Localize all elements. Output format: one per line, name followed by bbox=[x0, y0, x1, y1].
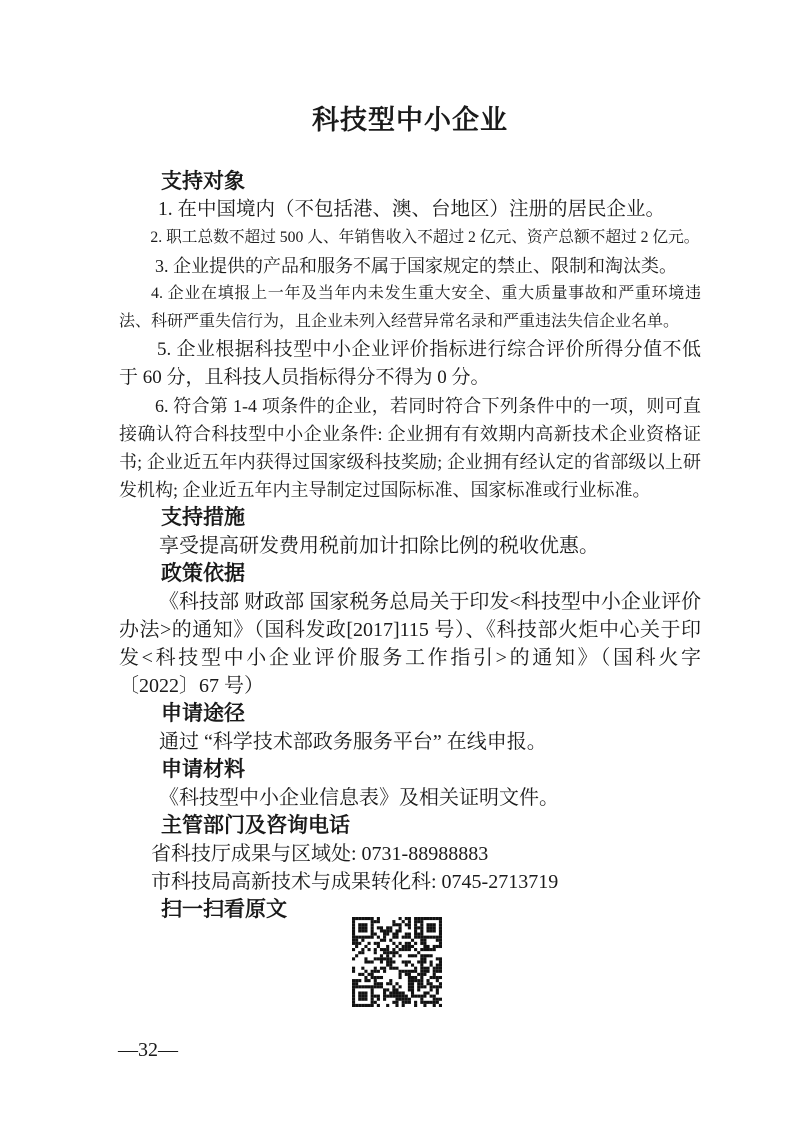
section-heading-support-targets: 支持对象 bbox=[119, 168, 701, 196]
paragraph-application-channel: 通过 “科学技术部政务服务平台” 在线申报。 bbox=[119, 728, 701, 756]
paragraph-item-1: 1. 在中国境内（不包括港、澳、台地区）注册的居民企业。 bbox=[119, 196, 701, 224]
section-heading-application-channel: 申请途径 bbox=[119, 700, 701, 728]
paragraph-item-3: 3. 企业提供的产品和服务不属于国家规定的禁止、限制和淘汰类。 bbox=[119, 252, 701, 280]
paragraph-contact-municipal: 市科技局高新技术与成果转化科: 0745-2713719 bbox=[119, 868, 701, 896]
paragraph-item-6: 6. 符合第 1-4 项条件的企业，若同时符合下列条件中的一项，则可直接确认符合… bbox=[119, 392, 701, 504]
document-content: 科技型中小企业 支持对象 1. 在中国境内（不包括港、澳、台地区）注册的居民企业… bbox=[119, 100, 701, 924]
paragraph-support-measures: 享受提高研发费用税前加计扣除比例的税收优惠。 bbox=[119, 532, 701, 560]
qr-code-graphic bbox=[352, 917, 442, 1007]
section-heading-policy-basis: 政策依据 bbox=[119, 560, 701, 588]
section-heading-application-materials: 申请材料 bbox=[119, 756, 701, 784]
section-heading-contact: 主管部门及咨询电话 bbox=[119, 812, 701, 840]
section-heading-support-measures: 支持措施 bbox=[119, 504, 701, 532]
paragraph-item-4: 4. 企业在填报上一年及当年内未发生重大安全、重大质量事故和严重环境违法、科研严… bbox=[119, 280, 701, 336]
paragraph-application-materials: 《科技型中小企业信息表》及相关证明文件。 bbox=[119, 784, 701, 812]
page-number: —32— bbox=[118, 1038, 178, 1062]
paragraph-item-5: 5. 企业根据科技型中小企业评价指标进行综合评价所得分值不低于 60 分，且科技… bbox=[119, 336, 701, 392]
document-page: 科技型中小企业 支持对象 1. 在中国境内（不包括港、澳、台地区）注册的居民企业… bbox=[0, 0, 793, 1122]
paragraph-policy-basis: 《科技部 财政部 国家税务总局关于印发<科技型中小企业评价办法>的通知》（国科发… bbox=[119, 588, 701, 700]
page-title: 科技型中小企业 bbox=[119, 100, 701, 140]
qr-code bbox=[352, 917, 442, 1007]
paragraph-item-2: 2. 职工总数不超过 500 人、年销售收入不超过 2 亿元、资产总额不超过 2… bbox=[119, 224, 701, 252]
paragraph-contact-provincial: 省科技厅成果与区域处: 0731-88988883 bbox=[119, 840, 701, 868]
